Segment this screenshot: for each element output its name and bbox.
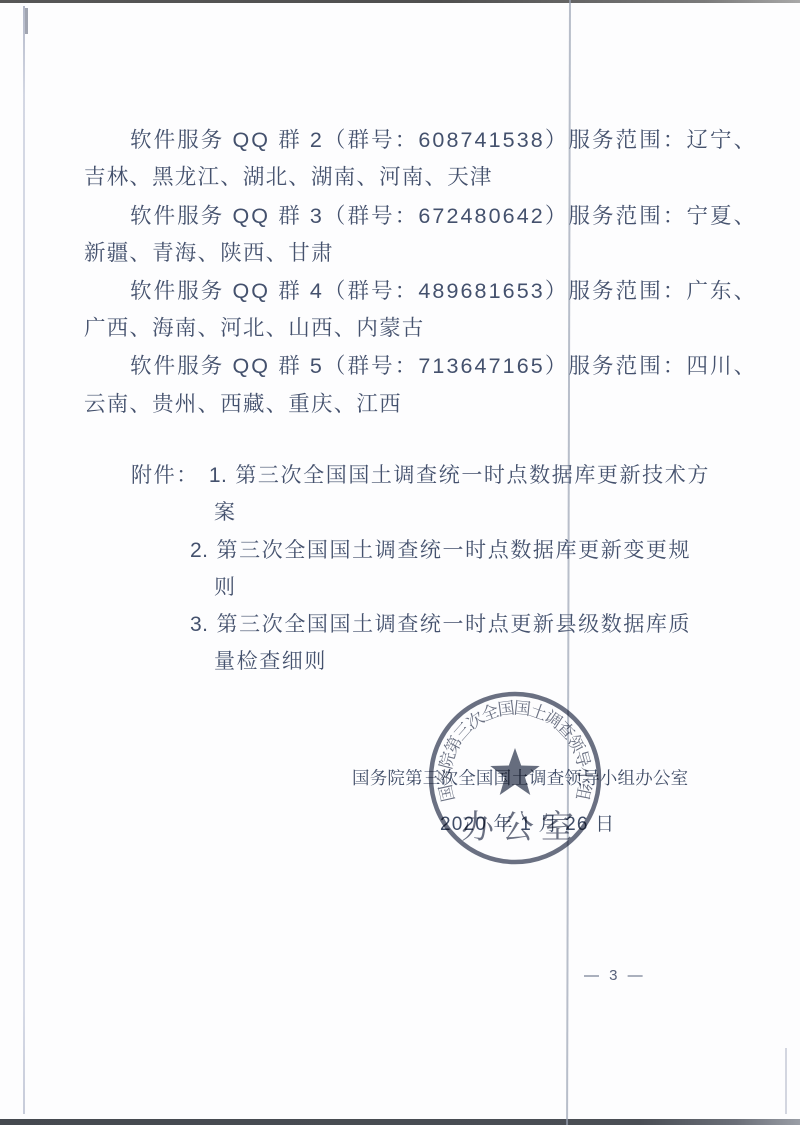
body-line: 吉林、黑龙江、湖北、湖南、河南、天津 (84, 160, 493, 191)
body-line: 云南、贵州、西藏、重庆、江西 (84, 387, 402, 418)
seal-center-text: 办公室 (461, 808, 581, 845)
scan-bottom-edge (0, 1119, 800, 1125)
official-seal: 国务院第三次全国国土调查领导小组 办公室 (425, 688, 605, 868)
attachment-text: 第三次全国国土调查统一时点更新县级数据库质 (217, 613, 692, 636)
seal-star-icon (490, 748, 539, 795)
attachment-item-3-line-1: 3.第三次全国国土调查统一时点更新县级数据库质 (190, 608, 691, 638)
scan-smudge (25, 8, 28, 34)
attachment-text: 第三次全国国土调查统一时点数据库更新变更规 (217, 539, 692, 562)
attachment-item-1-line-2: 案 (214, 496, 237, 526)
attachment-number: 1. (209, 464, 228, 487)
attachment-text: 第三次全国国土调查统一时点数据库更新技术方 (235, 464, 710, 487)
body-line: 软件服务 QQ 群 2（群号：608741538）服务范围：辽宁、 (130, 123, 757, 154)
body-line: 软件服务 QQ 群 4（群号：489681653）服务范围：广东、 (130, 274, 757, 305)
attachment-item-2-line-2: 则 (214, 571, 237, 601)
scan-top-edge (0, 0, 800, 3)
attachment-item-1-line-1: 附件：1.第三次全国国土调查统一时点数据库更新技术方 (131, 459, 710, 489)
scanned-document-page: 软件服务 QQ 群 2（群号：608741538）服务范围：辽宁、 吉林、黑龙江… (0, 0, 800, 1125)
right-edge-line (785, 1048, 787, 1114)
body-line: 软件服务 QQ 群 5（群号：713647165）服务范围：四川、 (130, 349, 757, 380)
left-margin-line (23, 6, 25, 1114)
body-line: 广西、海南、河北、山西、内蒙古 (84, 311, 425, 342)
body-line: 新疆、青海、陕西、甘肃 (84, 236, 334, 267)
page-number: — 3 — (584, 967, 646, 984)
attachments-label: 附件： (131, 464, 199, 487)
attachment-number: 3. (190, 613, 209, 636)
attachment-item-3-line-2: 量检查细则 (214, 645, 327, 675)
attachment-number: 2. (190, 539, 209, 562)
body-line: 软件服务 QQ 群 3（群号：672480642）服务范围：宁夏、 (130, 199, 757, 230)
attachment-item-2-line-1: 2.第三次全国国土调查统一时点数据库更新变更规 (190, 534, 691, 564)
